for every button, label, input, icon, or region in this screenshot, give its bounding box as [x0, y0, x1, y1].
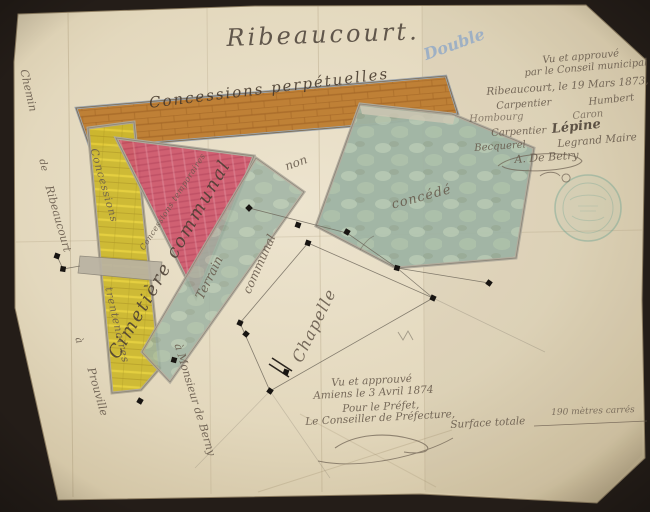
photograph-of-plan: Ribeaucourt. Double Concessions perpétue…	[0, 0, 650, 512]
